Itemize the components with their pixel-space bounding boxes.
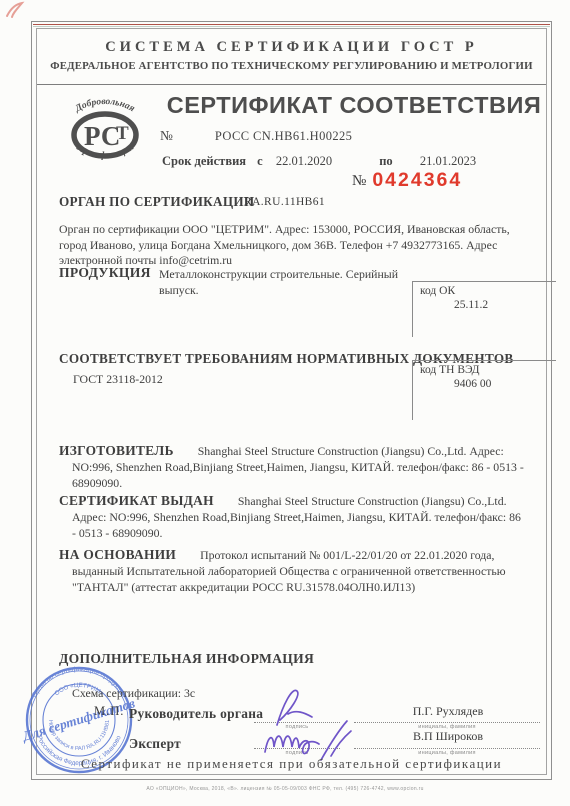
agency-title: ФЕДЕРАЛЬНОЕ АГЕНТСТВО ПО ТЕХНИЧЕСКОМУ РЕ… (37, 60, 546, 72)
logo-letter-t: Т (116, 123, 129, 144)
header-box: СИСТЕМА СЕРТИФИКАЦИИ ГОСТ Р ФЕДЕРАЛЬНОЕ … (37, 29, 546, 85)
certificate-scan: { "header": { "system_line": "СИСТЕМА СЕ… (0, 0, 570, 806)
expert-name: В.П Широков (357, 729, 539, 744)
seal-place-mark: М.П. (94, 704, 124, 719)
product-description: Металлоконструкции строительные. Серийны… (159, 267, 409, 298)
issued-section: СЕРТИФИКАТ ВЫДАНShanghai Steel Structure… (59, 492, 527, 541)
basis-section: НА ОСНОВАНИИПротокол испытаний № 001/L-2… (59, 546, 527, 595)
code-tnved-value: 9406 00 (454, 378, 556, 390)
conformity-standard: ГОСТ 23118-2012 (73, 372, 163, 388)
code-tnved-box: код ТН ВЭД 9406 00 (412, 360, 556, 420)
basis-label: НА ОСНОВАНИИ (59, 547, 176, 562)
product-section-label: ПРОДУКЦИЯ (59, 265, 151, 281)
serial-sign: № (352, 173, 366, 189)
document-title: СЕРТИФИКАТ СООТВЕТСТВИЯ (154, 92, 554, 119)
validity-from-date: 22.01.2020 (276, 154, 332, 168)
cert-number-row: №РОСС CN.HB61.H00225 (160, 128, 352, 144)
cert-number-value: РОСС CN.HB61.H00225 (215, 129, 352, 143)
red-pen-mark-icon (3, 1, 29, 19)
head-of-body-label: Руководитель органа (129, 706, 263, 722)
issued-label: СЕРТИФИКАТ ВЫДАН (59, 493, 214, 508)
certification-scheme: Схема сертификации: 3с (72, 686, 195, 702)
code-tnved-label: код ТН ВЭД (420, 364, 556, 376)
footer-note: Сертификат не применяется при обязательн… (32, 756, 551, 772)
expert-label: Эксперт (129, 736, 181, 752)
validity-to-label: по (379, 154, 392, 168)
validity-from-label: с (257, 154, 263, 168)
cert-number-sign: № (160, 128, 173, 143)
certification-system-title: СИСТЕМА СЕРТИФИКАЦИИ ГОСТ Р (37, 39, 546, 56)
validity-label: Срок действия (162, 154, 246, 168)
serial-number-row: №0424364 (352, 168, 462, 191)
head-name-line (354, 722, 540, 723)
org-code: RA.RU.11HB61 (244, 196, 325, 208)
validity-to-date: 21.01.2023 (420, 154, 476, 168)
validity-row: Срок действия с 22.01.2020 по 21.01.2023 (162, 154, 476, 169)
certificate-border-frame: СИСТЕМА СЕРТИФИКАЦИИ ГОСТ Р ФЕДЕРАЛЬНОЕ … (31, 21, 552, 780)
expert-name-line (354, 748, 540, 749)
code-ok-box: код ОК 25.11.2 (412, 281, 556, 337)
manufacturer-section: ИЗГОТОВИТЕЛЬShanghai Steel Structure Con… (59, 442, 527, 491)
rst-logo-icon: РС Т Добровольная сертификация (52, 92, 158, 180)
printing-house-fine-print: АО «ОПЦИОН», Москва, 2018, «В». лицензия… (0, 786, 570, 792)
border-red-accent-line (33, 24, 550, 25)
code-ok-value: 25.11.2 (454, 299, 556, 311)
code-ok-label: код ОК (420, 285, 556, 297)
org-description: Орган по сертификации ООО "ЦЕТРИМ". Адре… (59, 222, 527, 269)
head-name-caption: инициалы, фамилия (354, 724, 540, 730)
manufacturer-label: ИЗГОТОВИТЕЛЬ (59, 443, 174, 458)
head-name: П.Г. Рухлядев (357, 704, 539, 719)
serial-digits: 0424364 (372, 169, 462, 191)
border-green-accent-line (33, 26, 550, 27)
logo-letters: РС (84, 121, 120, 151)
org-section-label: ОРГАН ПО СЕРТИФИКАЦИИ (59, 194, 255, 210)
